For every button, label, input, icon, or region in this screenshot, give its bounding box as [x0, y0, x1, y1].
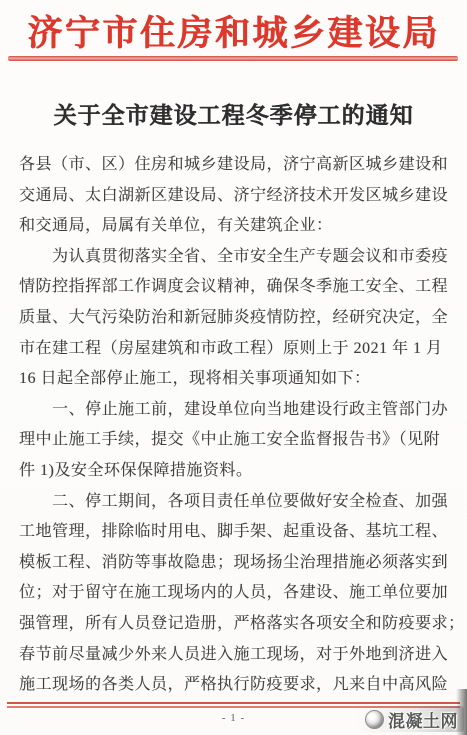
document-body: 各县（市、区）住房和城乡建设局，济宁高新区城乡建设和交通局、太白湖新区建设局、济…: [19, 150, 451, 701]
document-title: 关于全市建设工程冬季停工的通知: [0, 97, 467, 130]
document-line: 强管理，所有人员登记造册，严格落实各项安全和防疫要求；: [19, 609, 451, 640]
document-line: 为认真贯彻落实全省、全市安全生产专题会议和市委疫: [19, 242, 451, 273]
letterhead-title: 济宁市住房和城乡建设局: [0, 6, 467, 56]
document-line: 春节前尽量减少外来人员进入施工现场，对于外地到济进入: [19, 640, 451, 671]
document-line: 施工现场的各类人员，严格执行防疫要求，凡来自中高风险: [19, 670, 451, 701]
concrete-net-logo-icon: [365, 710, 384, 729]
document-line: 交通局、太白湖新区建设局、济宁经济技术开发区城乡建设: [19, 181, 451, 212]
watermark-badge: 混凝土网: [357, 706, 464, 732]
document-line: 模板工程、消防等事故隐患；现场扬尘治理措施必须落实到: [19, 548, 451, 579]
document-line: 情防控指挥部工作调度会议精神，确保冬季施工安全、工程: [19, 272, 451, 303]
letterhead-rule: [8, 56, 458, 61]
watermark-label: 混凝土网: [388, 707, 458, 732]
document-line: 工地管理，排除临时用电、脚手架、起重设备、基坑工程、: [19, 517, 451, 548]
document-page: 济宁市住房和城乡建设局 关于全市建设工程冬季停工的通知 各县（市、区）住房和城乡…: [0, 0, 467, 735]
document-line: 各县（市、区）住房和城乡建设局，济宁高新区城乡建设和: [19, 150, 451, 181]
document-line: 质量、大气污染防治和新冠肺炎疫情防控，经研究决定，全: [19, 303, 451, 334]
document-line: 一、停止施工前，建设单位向当地建设行政主管部门办: [19, 395, 451, 426]
document-line: 市在建工程（房屋建筑和市政工程）原则上于 2021 年 1 月: [19, 334, 451, 365]
document-line: 理中止施工手续，提交《中止施工安全监督报告书》（见附: [19, 425, 451, 456]
document-line: 位；对于留守在施工现场内的人员，各建设、施工单位要加: [19, 578, 451, 609]
document-line: 16 日起全部停止施工，现将相关事项通知如下：: [19, 364, 451, 395]
document-line: 件 1)及安全环保保障措施资料。: [19, 456, 451, 487]
document-line: 和交通局，局属有关单位，有关建筑企业：: [19, 211, 451, 242]
document-line: 二、停工期间，各项目责任单位要做好安全检查、加强: [19, 487, 451, 518]
